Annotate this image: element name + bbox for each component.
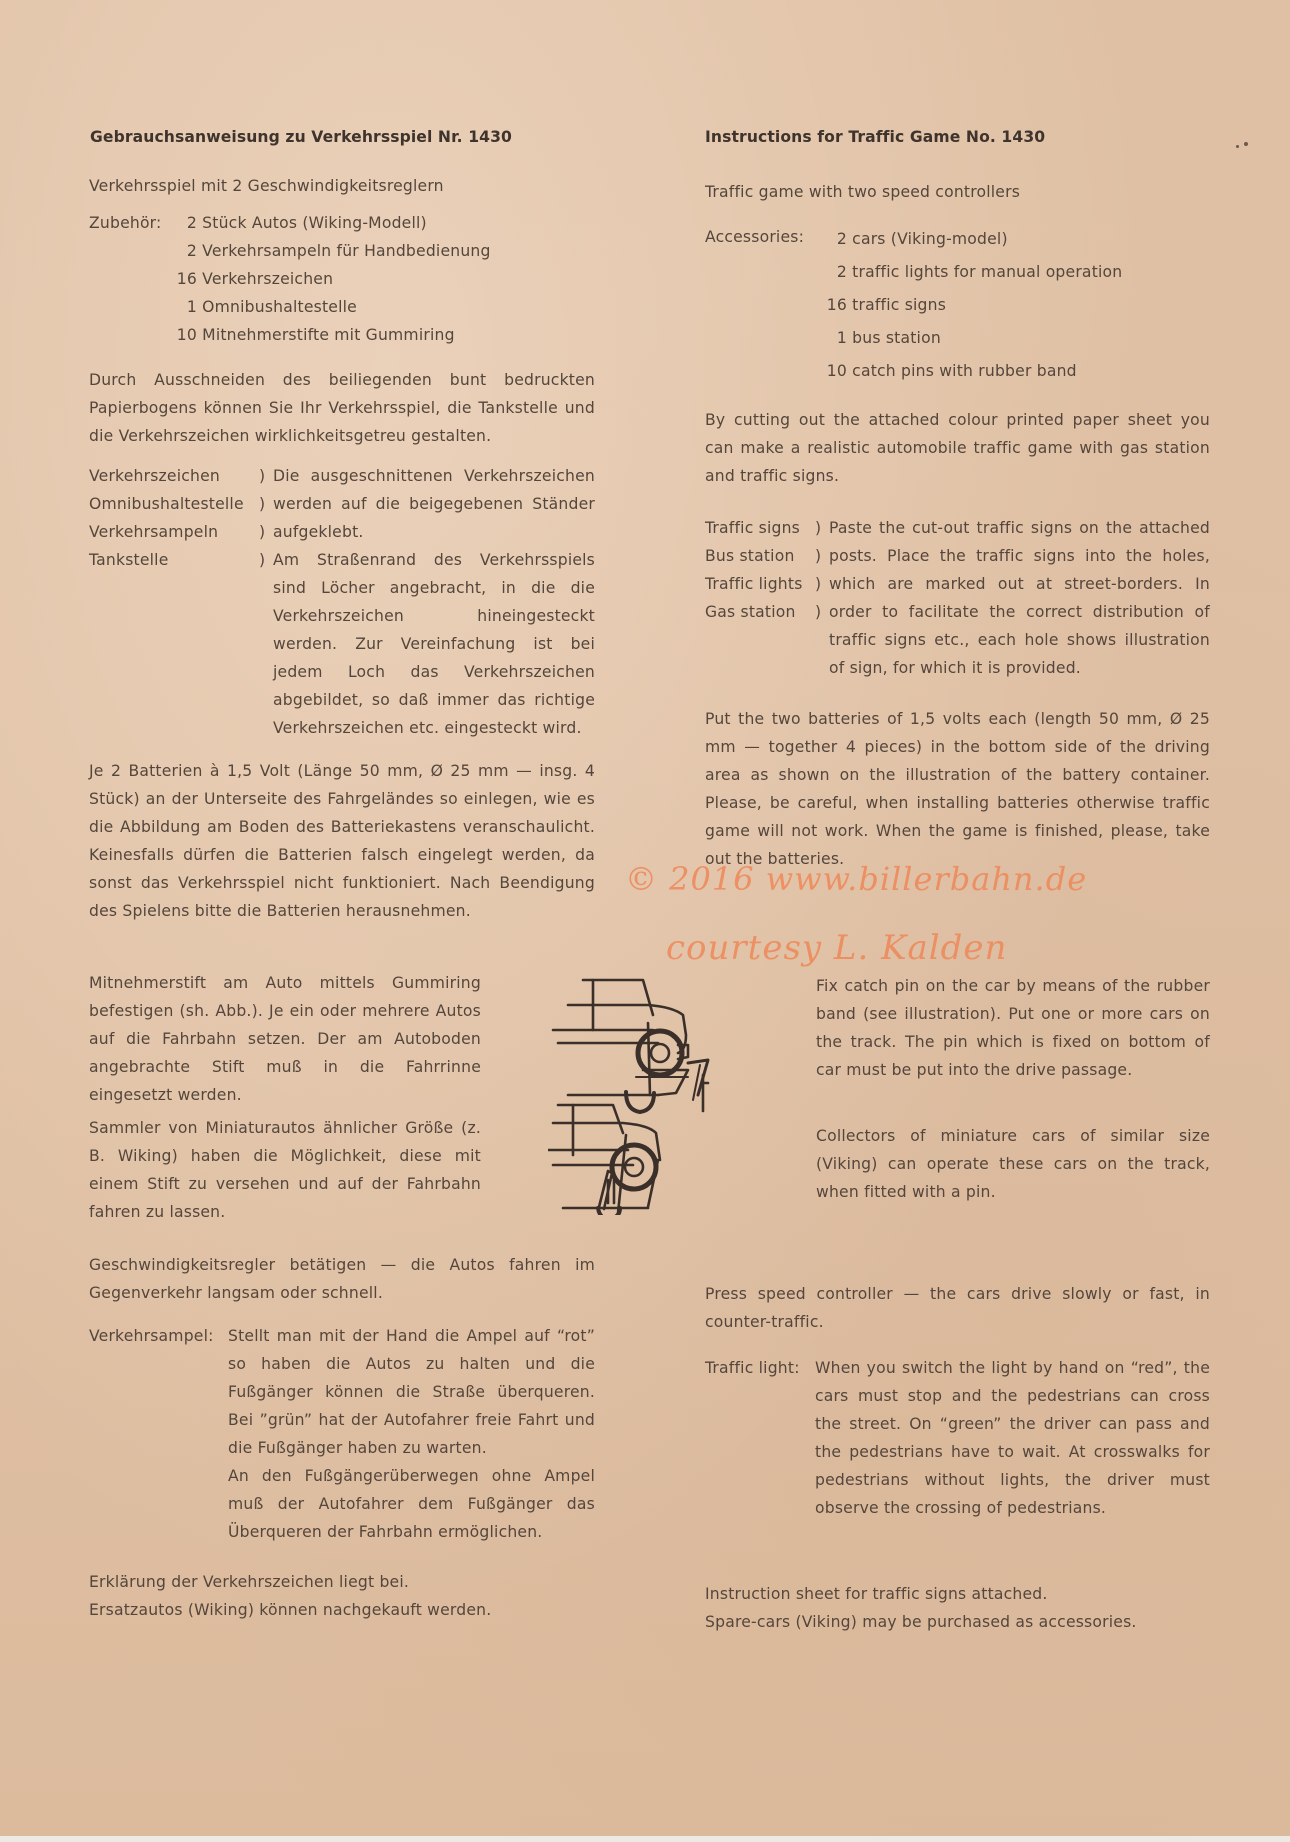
english-signs-label: Traffic lights [705,570,815,598]
english-footer-line: Instruction sheet for traffic signs atta… [705,1580,1210,1608]
paper-speck [1236,145,1239,148]
german-cutout-paragraph: Durch Ausschneiden des beiliegenden bunt… [89,366,595,450]
german-pin-paragraph: Mitnehmerstift am Auto mittels Gummiring… [89,969,481,1109]
english-signs-label: Gas station [705,598,815,626]
english-collectors-paragraph: Collectors of miniature cars of similar … [816,1122,1210,1206]
watermark-copyright: © 2016 www.billerbahn.de [625,860,1087,898]
english-title: Instructions for Traffic Game No. 1430 [705,128,1045,146]
german-footer-line: Erklärung der Verkehrszeichen liegt bei. [89,1568,595,1596]
german-collectors-paragraph: Sammler von Miniaturautos ähnlicher Größ… [89,1114,481,1226]
german-accessories-label: Zubehör: [89,209,173,349]
english-signs-label: Traffic signs [705,514,815,542]
english-signs-label: Bus station [705,542,815,570]
german-signs-block: Verkehrszeichen Omnibushaltestelle Verke… [89,462,595,742]
german-battery-paragraph: Je 2 Batterien à 1,5 Volt (Länge 50 mm, … [89,757,595,925]
car-with-catch-pin-illustration [548,975,768,1215]
english-speed-paragraph: Press speed controller — the cars drive … [705,1280,1210,1336]
english-accessories-label: Accessories: [705,223,823,388]
german-title: Gebrauchsanweisung zu Verkehrsspiel Nr. … [90,128,512,146]
german-accessory-item: 10 Mitnehmerstifte mit Gummiring [173,321,491,349]
german-subtitle: Verkehrsspiel mit 2 Geschwindigkeitsregl… [89,172,595,200]
english-battery-paragraph: Put the two batteries of 1,5 volts each … [705,705,1210,873]
english-signs-block: Traffic signs Bus station Traffic lights… [705,514,1210,682]
german-accessory-item: 2 Stück Autos (Wiking-Modell) [173,209,491,237]
watermark-courtesy: courtesy L. Kalden [666,928,1007,968]
english-pin-paragraph: Fix catch pin on the car by means of the… [816,972,1210,1084]
german-speed-paragraph: Geschwindigkeitsregler betätigen — die A… [89,1251,595,1307]
english-accessories: Accessories: 2 cars (Viking-model) 2 tra… [705,223,1210,388]
german-footer-line: Ersatzautos (Wiking) können nachgekauft … [89,1596,595,1624]
english-accessory-item: 2 traffic lights for manual operation [823,256,1122,289]
german-accessory-item: 1 Omnibushaltestelle [173,293,491,321]
german-traffic-light-text-1: Stellt man mit der Hand die Ampel auf “r… [228,1322,595,1462]
paper-speck [1244,142,1248,146]
german-signs-label: Tankstelle [89,546,259,574]
german-signs-text-1: Die ausgeschnittenen Verkehrszeichen wer… [273,462,595,546]
german-signs-label: Verkehrsampeln [89,518,259,546]
german-accessory-item: 2 Verkehrsampeln für Handbedienung [173,237,491,265]
german-traffic-light-text-2: An den Fußgängerüberwegen ohne Ampel muß… [228,1462,595,1546]
german-signs-label: Omnibushaltestelle [89,490,259,518]
german-signs-parens: )))) [259,462,273,742]
english-footer: Instruction sheet for traffic signs atta… [705,1580,1210,1636]
german-traffic-light-label: Verkehrsampel: [89,1322,228,1546]
english-cutout-paragraph: By cutting out the attached colour print… [705,406,1210,490]
english-traffic-light-block: Traffic light: When you switch the light… [705,1354,1210,1522]
english-traffic-light-text: When you switch the light by hand on “re… [815,1354,1210,1522]
english-traffic-light-label: Traffic light: [705,1354,815,1522]
german-signs-label: Verkehrszeichen [89,462,259,490]
german-accessory-item: 16 Verkehrszeichen [173,265,491,293]
english-accessory-item: 1 bus station [823,322,1122,355]
german-accessories: Zubehör: 2 Stück Autos (Wiking-Modell) 2… [89,209,595,349]
german-footer: Erklärung der Verkehrszeichen liegt bei.… [89,1568,595,1624]
english-accessory-item: 2 cars (Viking-model) [823,223,1122,256]
german-signs-text-2: Am Straßenrand des Verkehrsspiels sind L… [273,546,595,742]
english-footer-line: Spare-cars (Viking) may be purchased as … [705,1608,1210,1636]
english-subtitle: Traffic game with two speed controllers [705,178,1210,206]
english-signs-text: Paste the cut-out traffic signs on the a… [829,514,1210,682]
english-signs-parens: )))) [815,514,829,682]
english-accessory-item: 16 traffic signs [823,289,1122,322]
german-traffic-light-block: Verkehrsampel: Stellt man mit der Hand d… [89,1322,595,1546]
english-accessory-item: 10 catch pins with rubber band [823,355,1122,388]
